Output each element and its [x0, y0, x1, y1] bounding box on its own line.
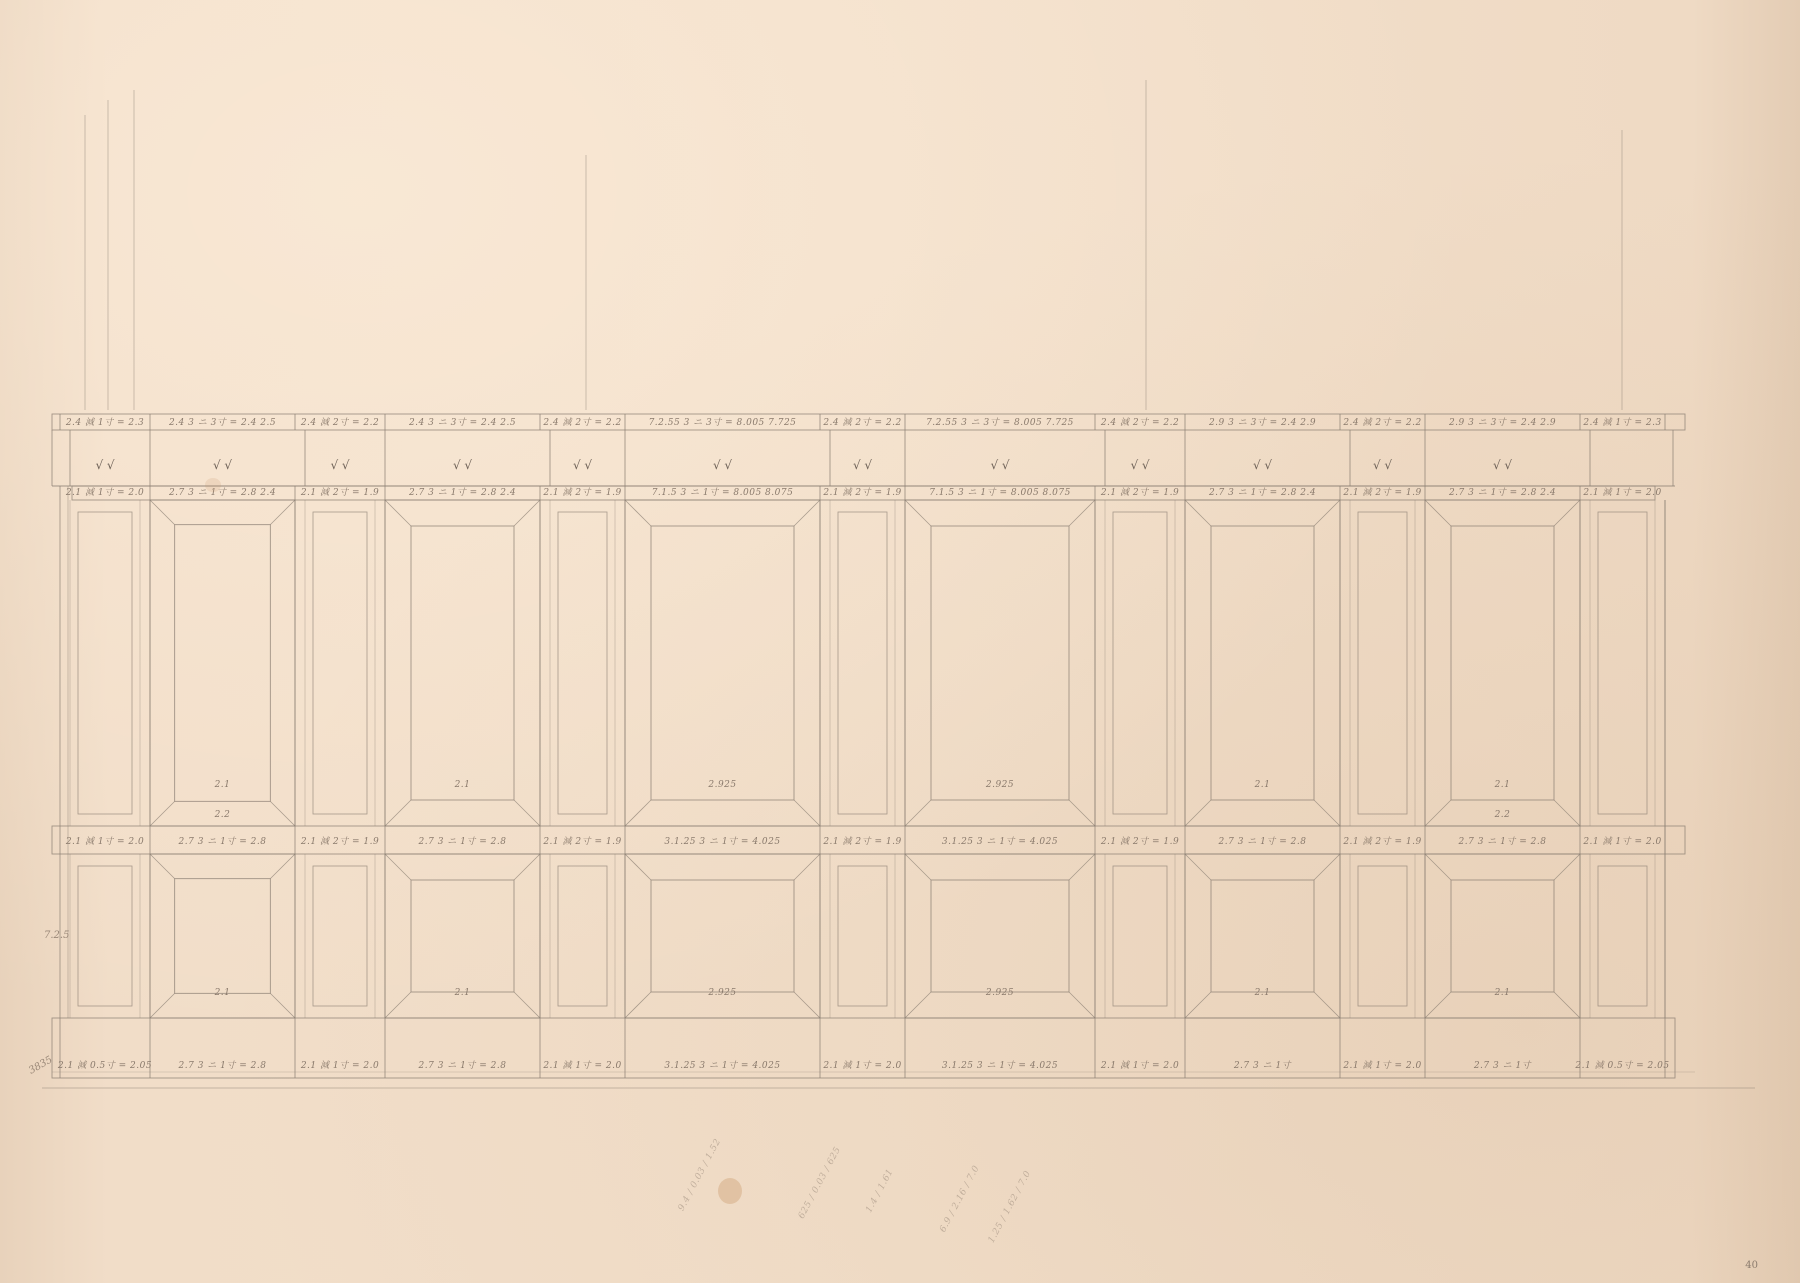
frieze-check-mark: √ √: [853, 458, 872, 472]
upper-rail-dimension-label: 2.7 3 ニ 1寸 = 2.8 2.4: [1449, 485, 1556, 498]
mid-rail-dimension-label: 3.1.25 3 ニ 1寸 = 4.025: [942, 834, 1058, 847]
cornice-dimension-label: 7.2.55 3 ニ 3寸 = 8.005 7.725: [649, 415, 797, 428]
mid-rail-dimension-label: 2.7 3 ニ 1寸 = 2.8: [1459, 834, 1547, 847]
upper-panel-dimension-label: 2.1: [215, 780, 231, 790]
frieze-check-mark: √ √: [1253, 458, 1272, 472]
mid-rail-dimension-label: 2.1 減 2寸 = 1.9: [1343, 834, 1421, 847]
mid-small-dimension-label: 2.2: [215, 810, 231, 820]
mid-rail-dimension-label: 2.1 減 1寸 = 2.0: [1583, 834, 1661, 847]
frieze-check-mark: √ √: [330, 458, 349, 472]
base-dimension-label: 2.1 減 1寸 = 2.0: [1101, 1058, 1179, 1071]
upper-panel-dimension-label: 2.1: [1255, 780, 1271, 790]
upper-rail-dimension-label: 2.1 減 1寸 = 2.0: [1583, 485, 1661, 498]
base-dimension-label: 2.1 減 1寸 = 2.0: [1343, 1058, 1421, 1071]
frieze-check-mark: √ √: [453, 458, 472, 472]
upper-rail-dimension-label: 2.1 減 1寸 = 2.0: [66, 485, 144, 498]
upper-panel-dimension-label: 2.1: [1495, 780, 1511, 790]
paneling-elevation-drawing: [0, 0, 1800, 1283]
base-dimension-label: 2.1 減 0.5寸 = 2.05: [1575, 1058, 1669, 1071]
base-dimension-label: 2.1 減 1寸 = 2.0: [301, 1058, 379, 1071]
base-dimension-label: 2.7 3 ニ 1寸: [1234, 1058, 1291, 1071]
base-dimension-label: 2.7 3 ニ 1寸 = 2.8: [179, 1058, 267, 1071]
mid-rail-dimension-label: 2.1 減 1寸 = 2.0: [66, 834, 144, 847]
upper-rail-dimension-label: 2.1 減 2寸 = 1.9: [1343, 485, 1421, 498]
cornice-dimension-label: 2.4 減 1寸 = 2.3: [1583, 415, 1661, 428]
cornice-dimension-label: 7.2.55 3 ニ 3寸 = 8.005 7.725: [926, 415, 1074, 428]
base-dimension-label: 3.1.25 3 ニ 1寸 = 4.025: [664, 1058, 780, 1071]
mid-rail-dimension-label: 2.7 3 ニ 1寸 = 2.8: [419, 834, 507, 847]
upper-rail-dimension-label: 2.7 3 ニ 1寸 = 2.8 2.4: [409, 485, 516, 498]
frieze-check-mark: √ √: [213, 458, 232, 472]
margin-note-left-mid: 7.2.5: [44, 930, 69, 941]
upper-panel-dimension-label: 2.1: [455, 780, 471, 790]
cornice-dimension-label: 2.4 減 2寸 = 2.2: [823, 415, 901, 428]
lower-panel-dimension-label: 2.925: [986, 988, 1014, 998]
mid-rail-dimension-label: 2.1 減 2寸 = 1.9: [823, 834, 901, 847]
upper-rail-dimension-label: 7.1.5 3 ニ 1寸 = 8.005 8.075: [929, 485, 1071, 498]
lower-panel-dimension-label: 2.1: [215, 988, 231, 998]
lower-panel-dimension-label: 2.925: [708, 988, 736, 998]
frieze-check-mark: √ √: [573, 458, 592, 472]
cornice-dimension-label: 2.4 減 2寸 = 2.2: [1101, 415, 1179, 428]
upper-rail-dimension-label: 2.1 減 2寸 = 1.9: [301, 485, 379, 498]
upper-panel-dimension-label: 2.925: [986, 780, 1014, 790]
mid-rail-dimension-label: 2.7 3 ニ 1寸 = 2.8: [1219, 834, 1307, 847]
base-dimension-label: 2.1 減 1寸 = 2.0: [823, 1058, 901, 1071]
lower-panel-dimension-label: 2.1: [1255, 988, 1271, 998]
mid-small-dimension-label: 2.2: [1495, 810, 1511, 820]
base-dimension-label: 2.7 3 ニ 1寸 = 2.8: [419, 1058, 507, 1071]
base-dimension-label: 3.1.25 3 ニ 1寸 = 4.025: [942, 1058, 1058, 1071]
upper-rail-dimension-label: 2.1 減 2寸 = 1.9: [1101, 485, 1179, 498]
frieze-check-mark: √ √: [990, 458, 1009, 472]
cornice-dimension-label: 2.4 減 1寸 = 2.3: [66, 415, 144, 428]
frieze-check-mark: √ √: [1130, 458, 1149, 472]
upper-rail-dimension-label: 2.1 減 2寸 = 1.9: [823, 485, 901, 498]
mid-rail-dimension-label: 2.1 減 2寸 = 1.9: [543, 834, 621, 847]
drawing-sheet: 2.4 減 1寸 = 2.3√ √2.1 減 1寸 = 2.02.1 減 1寸 …: [0, 0, 1800, 1283]
page-number: 40: [1745, 1260, 1758, 1271]
frieze-check-mark: √ √: [1493, 458, 1512, 472]
upper-rail-dimension-label: 2.7 3 ニ 1寸 = 2.8 2.4: [1209, 485, 1316, 498]
base-dimension-label: 2.7 3 ニ 1寸: [1474, 1058, 1531, 1071]
mid-rail-dimension-label: 3.1.25 3 ニ 1寸 = 4.025: [664, 834, 780, 847]
mid-rail-dimension-label: 2.1 減 2寸 = 1.9: [301, 834, 379, 847]
upper-rail-dimension-label: 2.7 3 ニ 1寸 = 2.8 2.4: [169, 485, 276, 498]
cornice-dimension-label: 2.4 減 2寸 = 2.2: [1343, 415, 1421, 428]
cornice-dimension-label: 2.4 3 ニ 3寸 = 2.4 2.5: [169, 415, 276, 428]
stain-spot: [205, 478, 221, 492]
frieze-check-mark: √ √: [95, 458, 114, 472]
mid-rail-dimension-label: 2.7 3 ニ 1寸 = 2.8: [179, 834, 267, 847]
cornice-dimension-label: 2.9 3 ニ 3寸 = 2.4 2.9: [1449, 415, 1556, 428]
cornice-dimension-label: 2.9 3 ニ 3寸 = 2.4 2.9: [1209, 415, 1316, 428]
cornice-dimension-label: 2.4 減 2寸 = 2.2: [301, 415, 379, 428]
stain-spot: [718, 1178, 742, 1204]
frieze-check-mark: √ √: [713, 458, 732, 472]
frieze-check-mark: √ √: [1373, 458, 1392, 472]
upper-panel-dimension-label: 2.925: [708, 780, 736, 790]
mid-rail-dimension-label: 2.1 減 2寸 = 1.9: [1101, 834, 1179, 847]
lower-panel-dimension-label: 2.1: [1495, 988, 1511, 998]
lower-panel-dimension-label: 2.1: [455, 988, 471, 998]
upper-rail-dimension-label: 7.1.5 3 ニ 1寸 = 8.005 8.075: [652, 485, 794, 498]
upper-rail-dimension-label: 2.1 減 2寸 = 1.9: [543, 485, 621, 498]
cornice-dimension-label: 2.4 3 ニ 3寸 = 2.4 2.5: [409, 415, 516, 428]
cornice-dimension-label: 2.4 減 2寸 = 2.2: [543, 415, 621, 428]
base-dimension-label: 2.1 減 0.5寸 = 2.05: [58, 1058, 152, 1071]
base-dimension-label: 2.1 減 1寸 = 2.0: [543, 1058, 621, 1071]
